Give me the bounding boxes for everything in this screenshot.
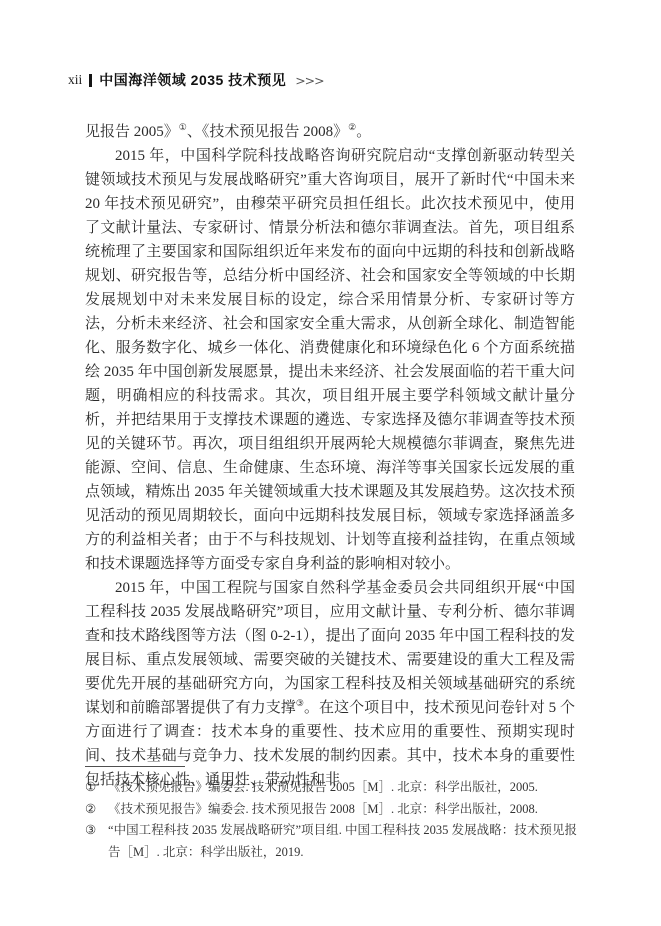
header-divider-bar [89, 74, 92, 87]
text-run: 2015 年，中国工程院与国家自然科学基金委员会共同组织开展“中国工程科技 20… [85, 580, 575, 716]
footnote-item: ②《技术预见报告》编委会. 技术预见报告 2008［M］. 北京：科学出版社，2… [85, 799, 577, 821]
paragraph: 见报告 2005》①、《技术预见报告 2008》②。 [85, 120, 575, 144]
footnote-ref: ① [179, 122, 187, 132]
footnote-text: 《技术预见报告》编委会. 技术预见报告 2008［M］. 北京：科学出版社，20… [108, 799, 577, 821]
text-run: 见报告 2005》 [85, 124, 179, 140]
footnote-ref: ③ [296, 698, 304, 708]
body-text: 见报告 2005》①、《技术预见报告 2008》②。2015 年，中国科学院科技… [85, 120, 575, 792]
footnote-ref: ② [348, 122, 356, 132]
footnote-marker: ② [85, 799, 108, 821]
book-title: 中国海洋领域 2035 技术预见 [99, 70, 286, 90]
footnote-item: ①《技术预见报告》编委会. 技术预见报告 2005［M］. 北京：科学出版社，2… [85, 777, 577, 799]
footnote-text: “中国工程科技 2035 发展战略研究”项目组. 中国工程科技 2035 发展战… [108, 820, 577, 863]
footnote-item: ③“中国工程科技 2035 发展战略研究”项目组. 中国工程科技 2035 发展… [85, 820, 577, 863]
page-number: xii [68, 72, 82, 88]
paragraph: 2015 年，中国工程院与国家自然科学基金委员会共同组织开展“中国工程科技 20… [85, 576, 575, 792]
paragraph: 2015 年，中国科学院科技战略咨询研究院启动“支撑创新驱动转型关键领域技术预见… [85, 144, 575, 576]
text-run: 、《技术预见报告 2008》 [187, 124, 348, 140]
header-arrows-icon: >>> [295, 73, 323, 88]
text-run: 。 [356, 124, 371, 140]
book-page: xii 中国海洋领域 2035 技术预见 >>> 见报告 2005》①、《技术预… [0, 0, 661, 926]
footnote-text: 《技术预见报告》编委会. 技术预见报告 2005［M］. 北京：科学出版社，20… [108, 777, 577, 799]
text-run: 2015 年，中国科学院科技战略咨询研究院启动“支撑创新驱动转型关键领域技术预见… [85, 148, 575, 572]
footnotes: ①《技术预见报告》编委会. 技术预见报告 2005［M］. 北京：科学出版社，2… [85, 777, 577, 863]
page-header: xii 中国海洋领域 2035 技术预见 >>> [68, 70, 324, 90]
footnote-separator [85, 766, 185, 767]
footnote-marker: ③ [85, 820, 108, 863]
footnote-marker: ① [85, 777, 108, 799]
